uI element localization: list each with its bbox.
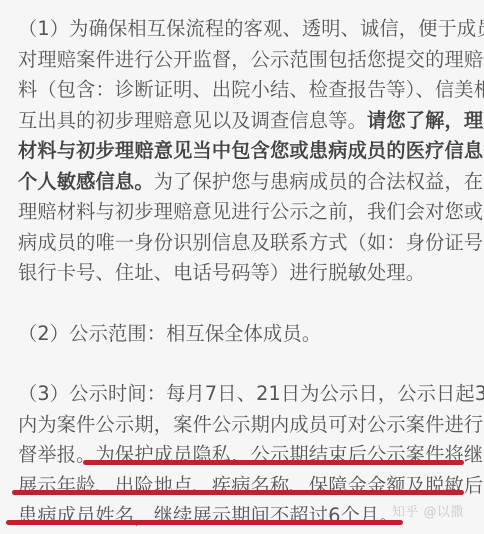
text-line: 材料与初步理赔意见当中包含您或患病成员的医疗信息等 (18, 136, 470, 167)
text-segment: （2）公示范围：相互保全体成员。 (18, 322, 321, 345)
text-segment: （1）为确保相互保流程的客观、透明、诚信，便于成员 (18, 17, 484, 40)
text-line: 料（包含：诊断证明、出院小结、检查报告等）、信美相 (18, 75, 470, 106)
bold-text: 个人敏感信息。 (18, 170, 154, 193)
text-line: 内为案件公示期，案件公示期内成员可对公示案件进行监 (18, 410, 470, 441)
text-line: 银行卡号、住址、电话号码等）进行脱敏处理。 (18, 258, 470, 289)
paragraph-gap (18, 349, 470, 379)
bold-text: 材料与初步理赔意见当中包含您或患病成员的医疗信息等 (18, 139, 484, 162)
text-line: 督举报。为保护成员隐私，公示期结束后公示案件将继续 (18, 440, 470, 471)
zhihu-watermark: 知乎 @以撒 (392, 501, 464, 520)
text-segment: 银行卡号、住址、电话号码等）进行脱敏处理。 (18, 261, 425, 284)
text-line: （3）公示时间：每月7日、21日为公示日，公示日起3日 (18, 379, 470, 410)
bold-text: 请您了解，理赔 (367, 109, 484, 132)
paragraph-2: （2）公示范围：相互保全体成员。 (18, 319, 470, 350)
text-segment: 病成员的唯一身份识别信息及联系方式（如：身份证号、 (18, 231, 484, 254)
text-segment: 为了保护您与患病成员的合法权益，在对 (154, 170, 484, 193)
red-underline (6, 520, 403, 525)
red-underline (83, 460, 464, 465)
text-line: 展示年龄、出险地点、疾病名称、保障金金额及脱敏后的 (18, 471, 470, 502)
text-segment: 互出具的初步理赔意见以及调查信息等。 (18, 109, 367, 132)
text-line: （2）公示范围：相互保全体成员。 (18, 319, 470, 350)
text-line: 个人敏感信息。为了保护您与患病成员的合法权益，在对 (18, 167, 470, 198)
text-line: 对理赔案件进行公开监督，公示范围包括您提交的理赔材 (18, 45, 470, 76)
paragraph-1: （1）为确保相互保流程的客观、透明、诚信，便于成员对理赔案件进行公开监督，公示范… (18, 14, 470, 289)
text-line: （1）为确保相互保流程的客观、透明、诚信，便于成员 (18, 14, 470, 45)
text-line: 互出具的初步理赔意见以及调查信息等。请您了解，理赔 (18, 106, 470, 137)
red-underline (12, 490, 464, 495)
text-segment: 理赔材料与初步理赔意见进行公示之前，我们会对您或患 (18, 200, 484, 223)
text-segment: 内为案件公示期，案件公示期内成员可对公示案件进行监 (18, 413, 484, 436)
text-segment: 料（包含：诊断证明、出院小结、检查报告等）、信美相 (18, 78, 484, 101)
text-line: 理赔材料与初步理赔意见进行公示之前，我们会对您或患 (18, 197, 470, 228)
text-segment: （3）公示时间：每月7日、21日为公示日，公示日起3日 (18, 382, 484, 405)
text-segment: 对理赔案件进行公开监督，公示范围包括您提交的理赔材 (18, 48, 484, 71)
document-body: （1）为确保相互保流程的客观、透明、诚信，便于成员对理赔案件进行公开监督，公示范… (18, 14, 470, 532)
text-line: 病成员的唯一身份识别信息及联系方式（如：身份证号、 (18, 228, 470, 259)
paragraph-gap (18, 289, 470, 319)
